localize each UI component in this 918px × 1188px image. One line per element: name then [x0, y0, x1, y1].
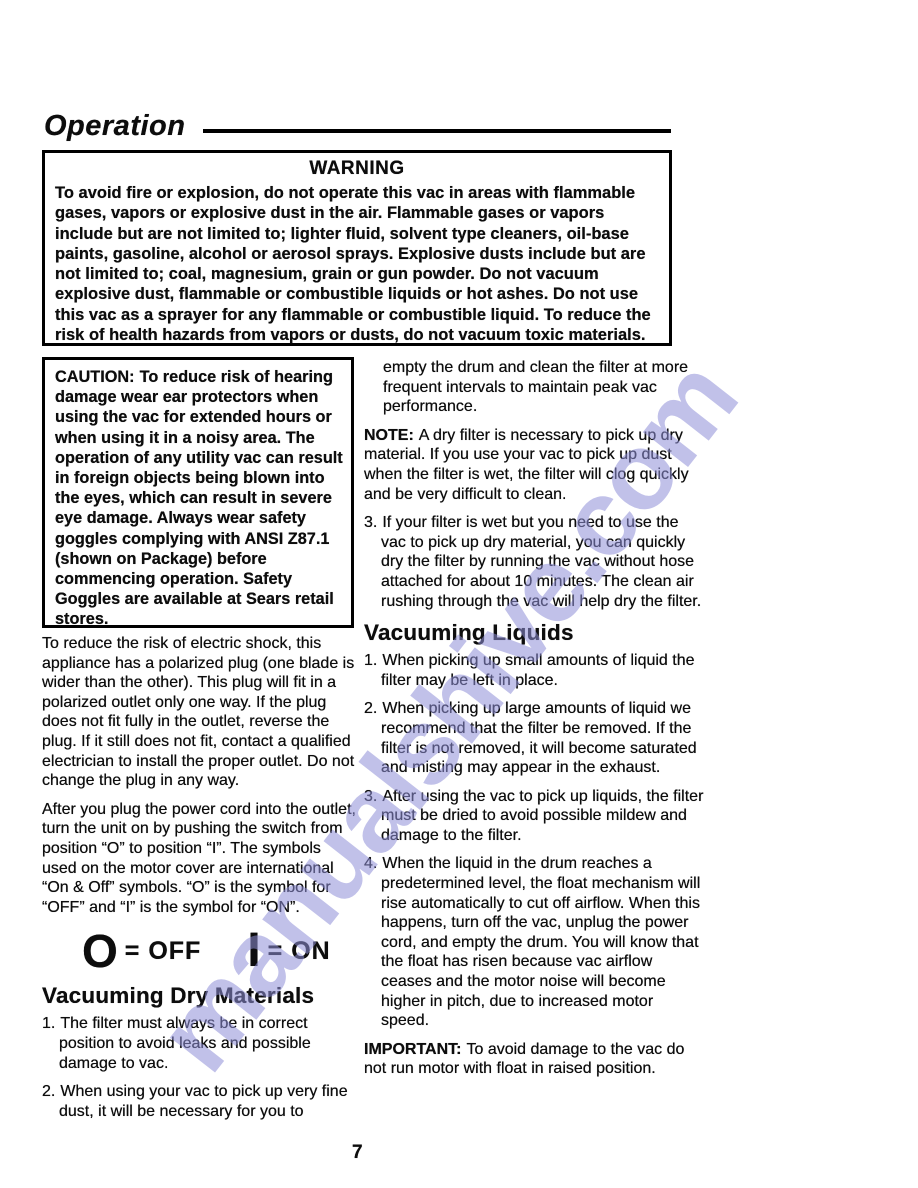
warning-title: WARNING: [55, 158, 659, 180]
power-switch-paragraph: After you plug the power cord into the o…: [42, 800, 356, 918]
right-column: empty the drum and clean the filter at m…: [364, 358, 704, 1088]
liquid-item-3-number: 3.: [364, 788, 377, 805]
on-symbol-label: = ON: [268, 937, 331, 966]
liquid-item-1-text: When picking up small amounts of liquid …: [381, 652, 695, 689]
liquid-item-4-text: When the liquid in the drum reaches a pr…: [381, 855, 700, 1029]
important-label: IMPORTANT:: [364, 1041, 461, 1058]
liquid-item-1: 1.When picking up small amounts of liqui…: [364, 651, 704, 690]
note-label: NOTE:: [364, 427, 414, 444]
caution-box: CAUTION:To reduce risk of hearing damage…: [42, 357, 354, 628]
liquid-item-1-number: 1.: [364, 652, 377, 669]
on-symbol-icon: I: [247, 927, 260, 975]
liquid-item-2: 2.When picking up large amounts of liqui…: [364, 699, 704, 777]
liquid-item-2-text: When picking up large amounts of liquid …: [381, 700, 697, 776]
polarized-plug-paragraph: To reduce the risk of electric shock, th…: [42, 634, 356, 791]
liquid-item-4-number: 4.: [364, 855, 377, 872]
dry-item-3-text: If your filter is wet but you need to us…: [381, 514, 701, 609]
dry-item-2-continuation: empty the drum and clean the filter at m…: [364, 358, 704, 417]
left-column: To reduce the risk of electric shock, th…: [42, 634, 356, 1130]
dry-item-3: 3.If your filter is wet but you need to …: [364, 513, 704, 611]
dry-item-2-number: 2.: [42, 1083, 55, 1100]
dry-item-2: 2.When using your vac to pick up very fi…: [42, 1082, 356, 1121]
dry-item-1-text: The filter must always be in correct pos…: [59, 1015, 311, 1071]
off-symbol-label: = OFF: [125, 937, 202, 966]
note-paragraph: NOTE:A dry filter is necessary to pick u…: [364, 426, 704, 504]
warning-body: To avoid fire or explosion, do not opera…: [55, 183, 659, 345]
off-symbol-icon: O: [82, 928, 118, 974]
liquid-item-4: 4.When the liquid in the drum reaches a …: [364, 854, 704, 1030]
liquid-item-3: 3.After using the vac to pick up liquids…: [364, 787, 704, 846]
dry-item-1-number: 1.: [42, 1015, 55, 1032]
page-number: 7: [352, 1142, 363, 1164]
caution-text: To reduce risk of hearing damage wear ea…: [55, 368, 343, 628]
on-off-symbols: O = OFF I = ON: [82, 927, 356, 975]
liquid-item-3-text: After using the vac to pick up liquids, …: [381, 788, 703, 844]
dry-item-2-text: When using your vac to pick up very fine…: [59, 1083, 348, 1120]
liquid-item-2-number: 2.: [364, 700, 377, 717]
title-rule: [203, 129, 671, 133]
dry-item-1: 1.The filter must always be in correct p…: [42, 1014, 356, 1073]
important-paragraph: IMPORTANT:To avoid damage to the vac do …: [364, 1040, 704, 1079]
warning-box: WARNING To avoid fire or explosion, do n…: [42, 150, 672, 346]
heading-vacuuming-dry-materials: Vacuuming Dry Materials: [42, 983, 356, 1009]
page-title: Operation: [44, 110, 185, 143]
dry-item-3-number: 3.: [364, 514, 377, 531]
heading-vacuuming-liquids: Vacuuming Liquids: [364, 620, 704, 646]
caution-label: CAUTION:: [55, 368, 135, 386]
manual-page: Operation WARNING To avoid fire or explo…: [0, 0, 918, 1188]
caution-body: CAUTION:To reduce risk of hearing damage…: [55, 367, 343, 630]
